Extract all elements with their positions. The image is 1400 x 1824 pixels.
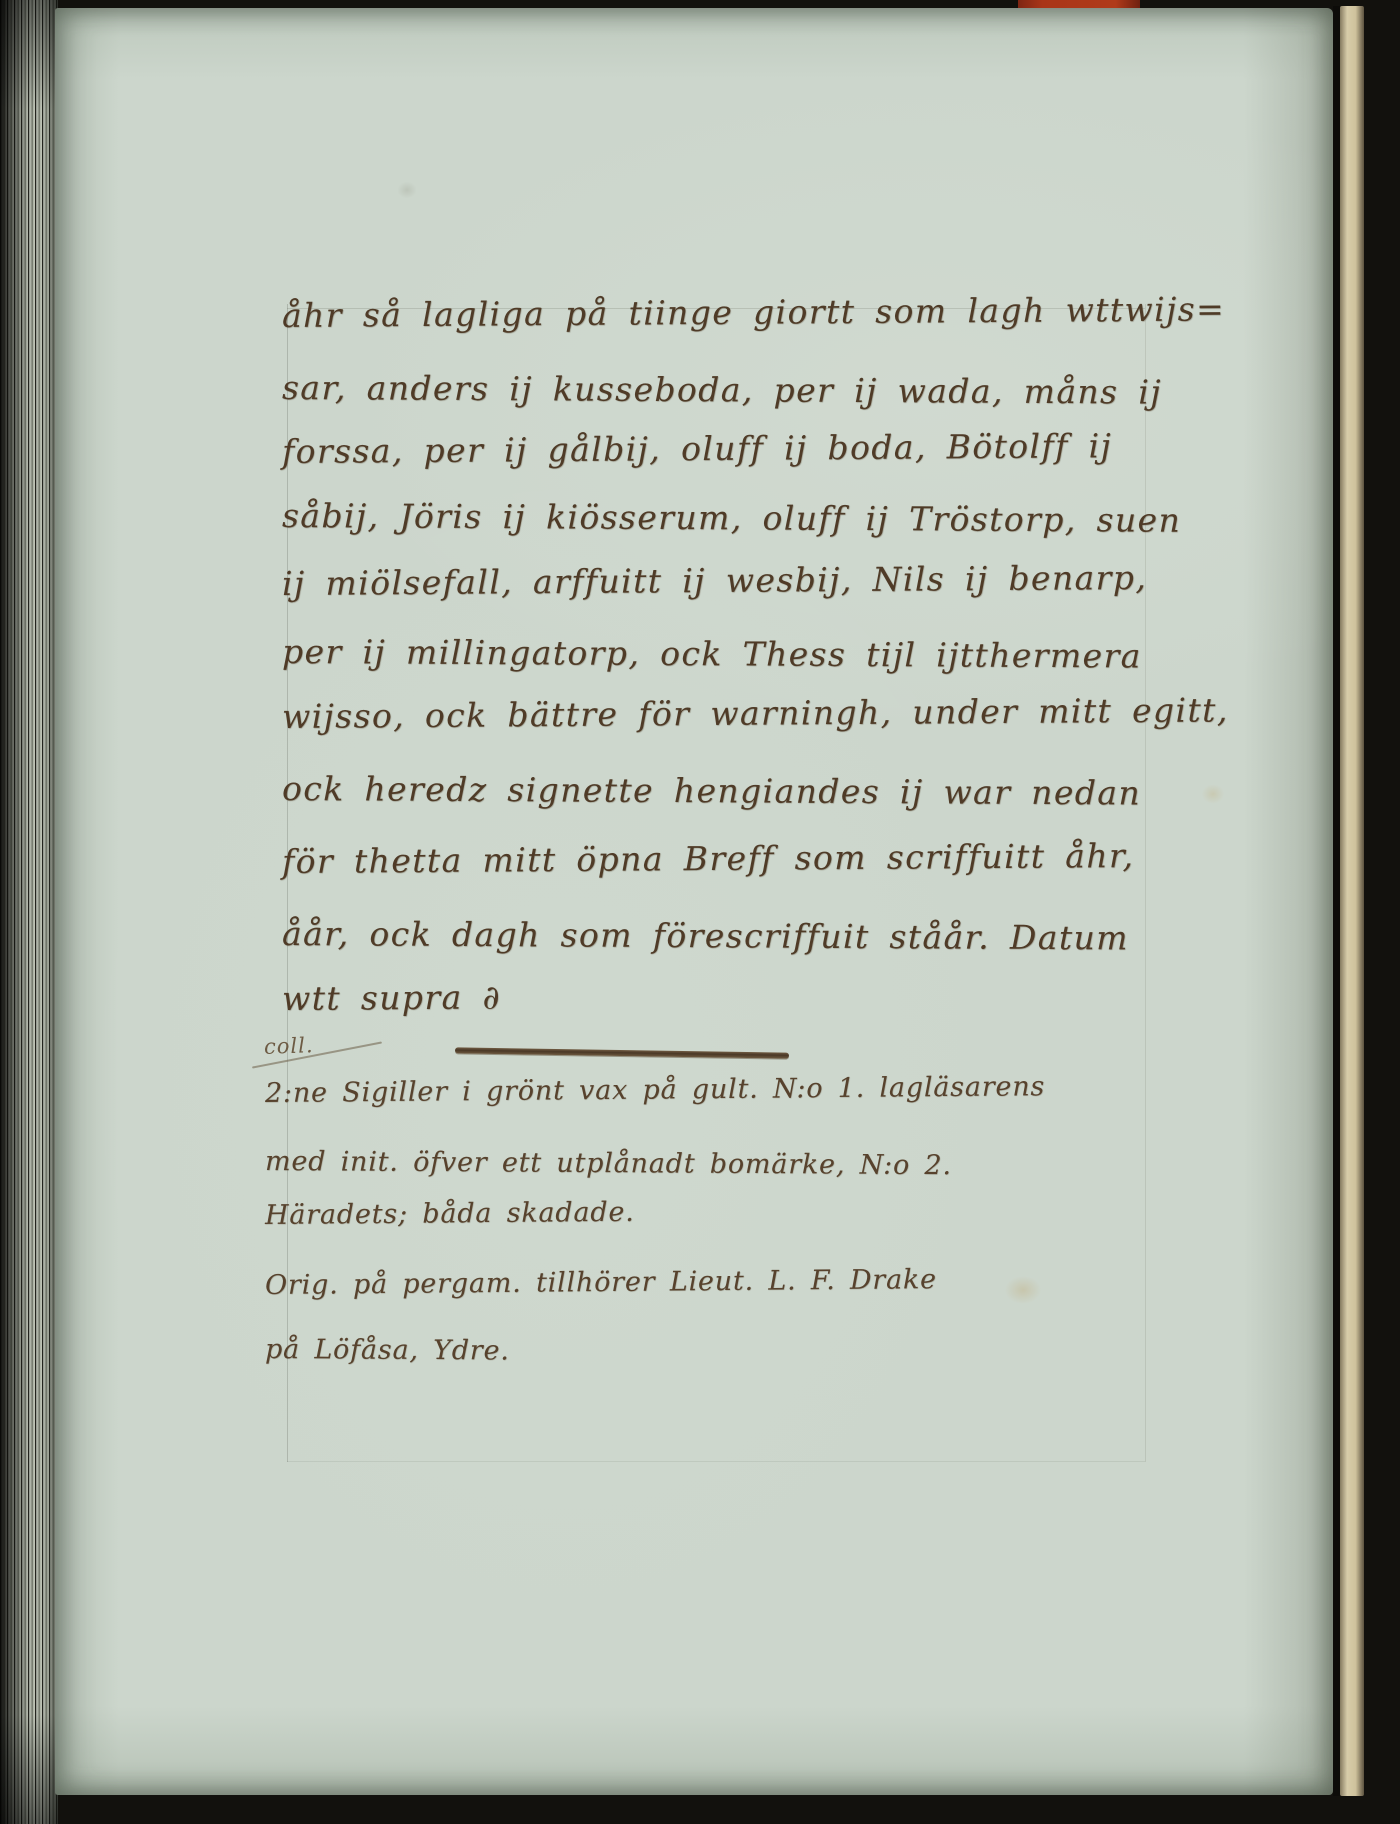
page-edge-strip-right [1340,6,1364,1796]
manuscript-scan: åhr så lagliga på tiinge giortt som lagh… [0,0,1400,1824]
manuscript-line: för thetta mitt öpna Breff som scriffuit… [282,832,1135,886]
seal-annotation-line: med init. öfver ett utplånadt bomärke, N… [265,1142,952,1186]
manuscript-line: åhr så lagliga på tiinge giortt som lagh… [282,285,1225,340]
manuscript-line: per ij millingatorp, ock Thess tijl ijtt… [282,628,1142,681]
separator-rule [455,1047,789,1058]
manuscript-line: ij miölsefall, arffuitt ij wesbij, Nils … [282,554,1148,608]
provenance-line: Orig. på pergam. tillhörer Lieut. L. F. … [265,1260,937,1306]
seal-annotation-line: 2:ne Sigiller i grönt vax på gult. N:o 1… [265,1067,1045,1114]
manuscript-line: sar, anders ij kusseboda, per ij wada, m… [282,364,1162,417]
margin-rule-bottom [287,1461,1145,1462]
manuscript-line: forssa, per ij gålbij, oluff ij boda, Bö… [282,422,1112,476]
seal-annotation-line: Häradets; båda skadade. [265,1193,635,1236]
manuscript-line: såbij, Jöris ij kiösserum, oluff ij Trös… [282,492,1181,545]
book-gutter-shadow [0,0,58,1824]
provenance-line: på Löfåsa, Ydre. [265,1330,510,1371]
manuscript-line: wijsso, ock bättre för warningh, under m… [282,686,1229,741]
margin-rule-right [1145,304,1146,1462]
manuscript-line: åår, ock dagh som förescriffuit ståår. D… [282,910,1129,962]
page-gap-shadow [1333,6,1340,1796]
manuscript-line: wtt supra ∂ [282,973,501,1023]
manuscript-page: åhr så lagliga på tiinge giortt som lagh… [55,8,1333,1795]
manuscript-line: ock heredz signette hengiandes ij war ne… [282,765,1141,817]
